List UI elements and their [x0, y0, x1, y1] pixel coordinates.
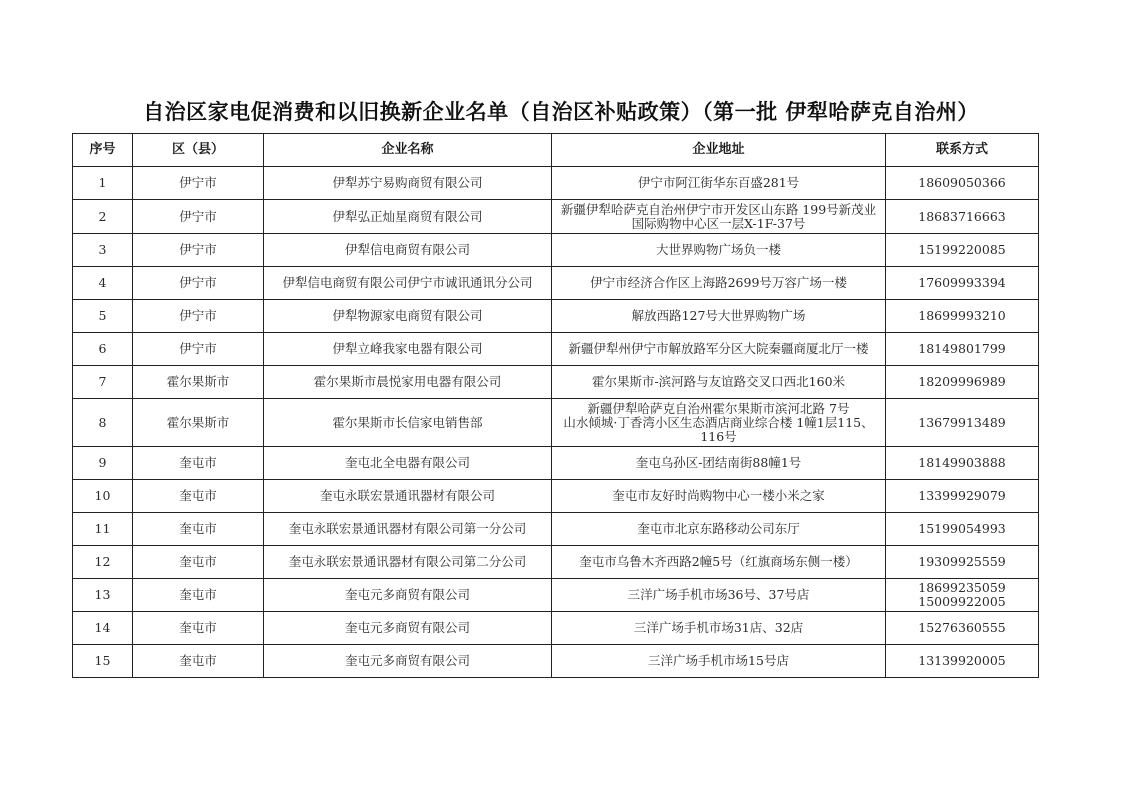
cell-serial-number: 5	[73, 300, 133, 333]
phone-number: 18149903888	[890, 456, 1034, 470]
cell-address: 奎屯市北京东路移动公司东厅	[552, 513, 886, 546]
table-row: 7 霍尔果斯市 霍尔果斯市晨悦家用电器有限公司 霍尔果斯市-滨河路与友谊路交叉口…	[73, 366, 1039, 399]
cell-company-name: 伊犁信电商贸有限公司	[264, 234, 552, 267]
cell-address: 奎屯市乌鲁木齐西路2幢5号（红旗商场东侧一楼）	[552, 546, 886, 579]
phone-number: 19309925559	[890, 555, 1034, 569]
cell-serial-number: 12	[73, 546, 133, 579]
cell-serial-number: 4	[73, 267, 133, 300]
cell-address: 奎屯乌孙区-团结南街88幢1号	[552, 447, 886, 480]
cell-serial-number: 8	[73, 399, 133, 447]
cell-address: 奎屯市友好时尚购物中心一楼小米之家	[552, 480, 886, 513]
cell-serial-number: 11	[73, 513, 133, 546]
cell-address: 解放西路127号大世界购物广场	[552, 300, 886, 333]
table-row: 10 奎屯市 奎屯永联宏景通讯器材有限公司 奎屯市友好时尚购物中心一楼小米之家 …	[73, 480, 1039, 513]
address-line: 三洋广场手机市场15号店	[556, 654, 881, 668]
address-line: 山水倾城·丁香湾小区生态酒店商业综合楼 1幢1层115、	[556, 416, 881, 430]
cell-company-name: 霍尔果斯市长信家电销售部	[264, 399, 552, 447]
table-row: 6 伊宁市 伊犁立峰我家电器有限公司 新疆伊犁州伊宁市解放路军分区大院秦疆商厦北…	[73, 333, 1039, 366]
cell-serial-number: 10	[73, 480, 133, 513]
table-row: 9 奎屯市 奎屯北全电器有限公司 奎屯乌孙区-团结南街88幢1号 1814990…	[73, 447, 1039, 480]
cell-address: 霍尔果斯市-滨河路与友谊路交叉口西北160米	[552, 366, 886, 399]
enterprise-table: 序号 区（县） 企业名称 企业地址 联系方式 1 伊宁市 伊犁苏宁易购商贸有限公…	[72, 133, 1039, 678]
address-line: 奎屯乌孙区-团结南街88幢1号	[556, 456, 881, 470]
table-row: 15 奎屯市 奎屯元多商贸有限公司 三洋广场手机市场15号店 131399200…	[73, 645, 1039, 678]
address-line: 霍尔果斯市-滨河路与友谊路交叉口西北160米	[556, 375, 881, 389]
cell-phone: 18149801799	[886, 333, 1039, 366]
cell-district: 伊宁市	[133, 200, 264, 234]
cell-district: 奎屯市	[133, 480, 264, 513]
cell-serial-number: 7	[73, 366, 133, 399]
cell-phone: 18609050366	[886, 167, 1039, 200]
header-serial-number: 序号	[73, 134, 133, 167]
address-line: 三洋广场手机市场36号、37号店	[556, 588, 881, 602]
table-row: 8 霍尔果斯市 霍尔果斯市长信家电销售部 新疆伊犁哈萨克自治州霍尔果斯市滨河北路…	[73, 399, 1039, 447]
header-company-address: 企业地址	[552, 134, 886, 167]
table-row: 11 奎屯市 奎屯永联宏景通讯器材有限公司第一分公司 奎屯市北京东路移动公司东厅…	[73, 513, 1039, 546]
table-body: 1 伊宁市 伊犁苏宁易购商贸有限公司 伊宁市阿江街华东百盛281号 186090…	[73, 167, 1039, 678]
cell-phone: 15199220085	[886, 234, 1039, 267]
cell-phone: 18149903888	[886, 447, 1039, 480]
cell-address: 大世界购物广场负一楼	[552, 234, 886, 267]
phone-number: 18209996989	[890, 375, 1034, 389]
cell-company-name: 奎屯北全电器有限公司	[264, 447, 552, 480]
cell-district: 奎屯市	[133, 645, 264, 678]
cell-serial-number: 13	[73, 579, 133, 612]
phone-number: 15009922005	[890, 595, 1034, 609]
cell-phone: 18699993210	[886, 300, 1039, 333]
phone-number: 18699993210	[890, 309, 1034, 323]
cell-phone: 13139920005	[886, 645, 1039, 678]
table-row: 5 伊宁市 伊犁物源家电商贸有限公司 解放西路127号大世界购物广场 18699…	[73, 300, 1039, 333]
cell-phone: 18209996989	[886, 366, 1039, 399]
phone-number: 15199220085	[890, 243, 1034, 257]
address-line: 三洋广场手机市场31店、32店	[556, 621, 881, 635]
cell-company-name: 奎屯永联宏景通讯器材有限公司第二分公司	[264, 546, 552, 579]
cell-district: 伊宁市	[133, 333, 264, 366]
phone-number: 15276360555	[890, 621, 1034, 635]
table-row: 12 奎屯市 奎屯永联宏景通讯器材有限公司第二分公司 奎屯市乌鲁木齐西路2幢5号…	[73, 546, 1039, 579]
cell-phone: 15199054993	[886, 513, 1039, 546]
address-line: 新疆伊犁哈萨克自治州霍尔果斯市滨河北路 7号	[556, 402, 881, 416]
cell-phone: 18683716663	[886, 200, 1039, 234]
cell-district: 奎屯市	[133, 447, 264, 480]
cell-phone: 13679913489	[886, 399, 1039, 447]
cell-phone: 18699235059 15009922005	[886, 579, 1039, 612]
address-line: 116号	[556, 430, 881, 444]
table-row: 14 奎屯市 奎屯元多商贸有限公司 三洋广场手机市场31店、32店 152763…	[73, 612, 1039, 645]
cell-serial-number: 2	[73, 200, 133, 234]
cell-district: 奎屯市	[133, 579, 264, 612]
address-line: 国际购物中心区一层X-1F-37号	[556, 217, 881, 231]
cell-phone: 15276360555	[886, 612, 1039, 645]
table-row: 3 伊宁市 伊犁信电商贸有限公司 大世界购物广场负一楼 15199220085	[73, 234, 1039, 267]
cell-district: 奎屯市	[133, 546, 264, 579]
phone-number: 18149801799	[890, 342, 1034, 356]
cell-address: 新疆伊犁哈萨克自治州伊宁市开发区山东路 199号新茂业 国际购物中心区一层X-1…	[552, 200, 886, 234]
cell-address: 三洋广场手机市场15号店	[552, 645, 886, 678]
cell-company-name: 伊犁苏宁易购商贸有限公司	[264, 167, 552, 200]
phone-number: 18609050366	[890, 176, 1034, 190]
cell-company-name: 伊犁信电商贸有限公司伊宁市诚讯通讯分公司	[264, 267, 552, 300]
cell-address: 三洋广场手机市场36号、37号店	[552, 579, 886, 612]
cell-serial-number: 1	[73, 167, 133, 200]
address-line: 奎屯市友好时尚购物中心一楼小米之家	[556, 489, 881, 503]
phone-number: 18699235059	[890, 581, 1034, 595]
address-line: 大世界购物广场负一楼	[556, 243, 881, 257]
document-title: 自治区家电促消费和以旧换新企业名单（自治区补贴政策）（第一批 伊犁哈萨克自治州）	[0, 96, 1122, 126]
cell-serial-number: 14	[73, 612, 133, 645]
cell-company-name: 奎屯元多商贸有限公司	[264, 612, 552, 645]
phone-number: 17609993394	[890, 276, 1034, 290]
cell-district: 伊宁市	[133, 300, 264, 333]
cell-company-name: 奎屯元多商贸有限公司	[264, 645, 552, 678]
address-line: 解放西路127号大世界购物广场	[556, 309, 881, 323]
header-district: 区（县）	[133, 134, 264, 167]
cell-phone: 17609993394	[886, 267, 1039, 300]
cell-address: 新疆伊犁州伊宁市解放路军分区大院秦疆商厦北厅一楼	[552, 333, 886, 366]
table-header-row: 序号 区（县） 企业名称 企业地址 联系方式	[73, 134, 1039, 167]
address-line: 新疆伊犁哈萨克自治州伊宁市开发区山东路 199号新茂业	[556, 203, 881, 217]
header-company-name: 企业名称	[264, 134, 552, 167]
cell-district: 伊宁市	[133, 267, 264, 300]
address-line: 奎屯市北京东路移动公司东厅	[556, 522, 881, 536]
cell-serial-number: 15	[73, 645, 133, 678]
cell-district: 伊宁市	[133, 167, 264, 200]
cell-address: 伊宁市经济合作区上海路2699号万容广场一楼	[552, 267, 886, 300]
table-row: 1 伊宁市 伊犁苏宁易购商贸有限公司 伊宁市阿江街华东百盛281号 186090…	[73, 167, 1039, 200]
cell-company-name: 奎屯永联宏景通讯器材有限公司第一分公司	[264, 513, 552, 546]
cell-address: 伊宁市阿江街华东百盛281号	[552, 167, 886, 200]
phone-number: 13399929079	[890, 489, 1034, 503]
cell-address: 新疆伊犁哈萨克自治州霍尔果斯市滨河北路 7号 山水倾城·丁香湾小区生态酒店商业综…	[552, 399, 886, 447]
header-contact: 联系方式	[886, 134, 1039, 167]
phone-number: 18683716663	[890, 210, 1034, 224]
table-row: 2 伊宁市 伊犁弘正灿星商贸有限公司 新疆伊犁哈萨克自治州伊宁市开发区山东路 1…	[73, 200, 1039, 234]
address-line: 奎屯市乌鲁木齐西路2幢5号（红旗商场东侧一楼）	[556, 555, 881, 569]
cell-company-name: 奎屯元多商贸有限公司	[264, 579, 552, 612]
phone-number: 15199054993	[890, 522, 1034, 536]
address-line: 新疆伊犁州伊宁市解放路军分区大院秦疆商厦北厅一楼	[556, 342, 881, 356]
address-line: 伊宁市阿江街华东百盛281号	[556, 176, 881, 190]
table-row: 13 奎屯市 奎屯元多商贸有限公司 三洋广场手机市场36号、37号店 18699…	[73, 579, 1039, 612]
cell-company-name: 伊犁弘正灿星商贸有限公司	[264, 200, 552, 234]
phone-number: 13679913489	[890, 416, 1034, 430]
table-row: 4 伊宁市 伊犁信电商贸有限公司伊宁市诚讯通讯分公司 伊宁市经济合作区上海路26…	[73, 267, 1039, 300]
cell-district: 伊宁市	[133, 234, 264, 267]
cell-serial-number: 9	[73, 447, 133, 480]
cell-address: 三洋广场手机市场31店、32店	[552, 612, 886, 645]
cell-serial-number: 3	[73, 234, 133, 267]
cell-company-name: 奎屯永联宏景通讯器材有限公司	[264, 480, 552, 513]
phone-number: 13139920005	[890, 654, 1034, 668]
cell-district: 奎屯市	[133, 612, 264, 645]
cell-district: 霍尔果斯市	[133, 399, 264, 447]
cell-company-name: 伊犁物源家电商贸有限公司	[264, 300, 552, 333]
cell-serial-number: 6	[73, 333, 133, 366]
cell-phone: 19309925559	[886, 546, 1039, 579]
cell-company-name: 霍尔果斯市晨悦家用电器有限公司	[264, 366, 552, 399]
cell-district: 奎屯市	[133, 513, 264, 546]
cell-company-name: 伊犁立峰我家电器有限公司	[264, 333, 552, 366]
cell-phone: 13399929079	[886, 480, 1039, 513]
cell-district: 霍尔果斯市	[133, 366, 264, 399]
address-line: 伊宁市经济合作区上海路2699号万容广场一楼	[556, 276, 881, 290]
